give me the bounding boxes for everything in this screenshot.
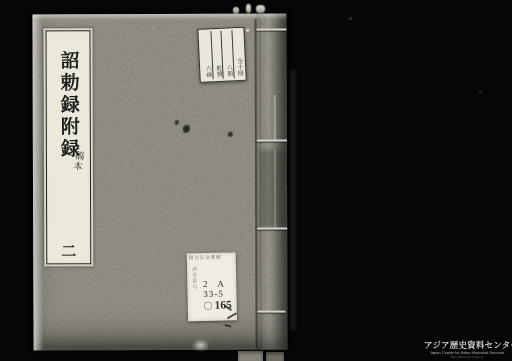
book-title: 詔勅録附録 [43, 35, 92, 175]
circled-seal-icon: ◯ [203, 300, 212, 312]
book-bottom-edge-block [266, 352, 284, 361]
shelf-label-text: 乾號 [214, 65, 222, 77]
volume-number: 二 [44, 240, 93, 261]
title-slip: 詔勅録附録 稿本 二 [43, 28, 93, 266]
book-cover: 詔勅録附録 稿本 二 全十冊 八冊 乾號 六凾 国立公文書館 請求番号 2 A [32, 14, 287, 351]
ink-smudge [183, 125, 190, 133]
ink-smudge [175, 120, 179, 125]
ink-smudge [228, 132, 233, 137]
ink-scribble [224, 324, 231, 328]
stab-binding-stitch [257, 140, 287, 142]
binding-stain [259, 150, 285, 228]
binding-thread-bit [256, 5, 265, 13]
cover-left-edge-highlight [32, 14, 43, 350]
stab-binding-stitch [257, 311, 285, 313]
binding-thread-bit [246, 4, 251, 13]
photo-stage: 詔勅録附録 稿本 二 全十冊 八冊 乾號 六凾 国立公文書館 請求番号 2 A [0, 0, 512, 361]
call-number-line: 33-5 [203, 288, 231, 300]
stab-binding-stitch [256, 29, 286, 31]
call-number-label: 国立公文書館 請求番号 2 A 33-5 ◯ 165 [187, 252, 237, 321]
stab-binding-stitch [257, 228, 287, 230]
watermark-url: http://www.jacar.go.jp [424, 355, 510, 359]
binding-thread-vertical [274, 150, 276, 230]
stitch-knot [245, 29, 249, 32]
shelf-label-column: 全十冊 [231, 30, 244, 78]
shelf-label-text: 全十冊 [234, 58, 242, 76]
background-dust-specks [0, 0, 1, 1]
watermark-title: アジア歴史資料センター [424, 340, 510, 350]
worn-paper-patch [192, 339, 210, 352]
call-number-line: 2 A [203, 278, 231, 289]
archive-name: 国立公文書館 [189, 254, 234, 261]
jacar-watermark: アジア歴史資料センター Japan Center for Asian Histo… [424, 340, 510, 359]
shelf-label-text: 八冊 [224, 64, 232, 76]
book-bottom-edge-block [238, 351, 263, 361]
shelf-label: 全十冊 八冊 乾號 六凾 [197, 27, 246, 83]
cover-top-edge-highlight [32, 14, 286, 20]
shelf-label-text: 六凾 [203, 65, 211, 77]
fore-edge-sliver [290, 70, 296, 330]
call-number-side-label: 請求番号 [190, 266, 198, 314]
binding-thread-vertical [274, 95, 276, 140]
